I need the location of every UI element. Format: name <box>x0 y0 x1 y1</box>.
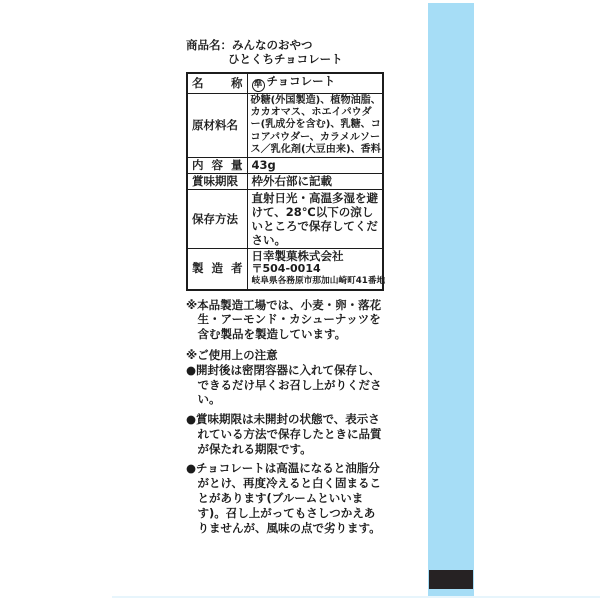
row-value-contents: 43g <box>247 158 383 174</box>
registration-black-mark <box>429 570 473 589</box>
row-label-contents: 内容量 <box>187 158 247 174</box>
package-bottom-edge-line <box>112 596 600 598</box>
label-content-area: 商品名：みんなのおやつ ひとくちチョコレート 名称 準チョコレート 原材料名 砂… <box>186 38 384 535</box>
row-value-expiry: 枠外右部に記載 <box>247 174 383 190</box>
row-label-maker-text: 製造者 <box>192 262 243 275</box>
table-row-maker: 製造者 日幸製菓株式会社 〒504-0014 岐阜県各務原市那加山崎町41番地 <box>187 249 383 290</box>
name-value-text: チョコレート <box>267 74 336 88</box>
row-value-ingredients: 砂糖(外国製造)、植物油脂、カカオマス、ホエイパウダー(乳成分を含む)、乳糖、コ… <box>247 94 383 158</box>
row-value-storage: 直射日光・高温多湿を避けて、28℃以下の涼しいところで保存してください。 <box>247 190 383 249</box>
table-row-name: 名称 準チョコレート <box>187 73 383 94</box>
allergen-note: ※本品製造工場では、小麦・卵・落花生・アーモンド・カシューナッツを含む製品を製造… <box>186 298 384 342</box>
row-value-maker: 日幸製菓株式会社 〒504-0014 岐阜県各務原市那加山崎町41番地 <box>247 249 383 290</box>
notes-section: ※本品製造工場では、小麦・卵・落花生・アーモンド・カシューナッツを含む製品を製造… <box>186 298 384 536</box>
expiry-meaning-bullet: ●賞味期限は未開封の状態で、表示されている方法で保存したときに品質が保たれる期限… <box>186 412 384 456</box>
row-label-name-text: 名称 <box>192 77 243 90</box>
package-edge-stripe <box>428 3 474 597</box>
row-label-maker: 製造者 <box>187 249 247 290</box>
maker-postal-code: 〒504-0014 <box>252 263 382 276</box>
opened-storage-bullet: ●開封後は密閉容器に入れて保存し、できるだけ早くお召し上がりください。 <box>186 363 384 407</box>
product-label-page: { "colors": { "stripe_blue": "#a6ddf6", … <box>0 0 600 600</box>
row-label-contents-text: 内容量 <box>192 159 243 172</box>
maker-address: 岐阜県各務原市那加山崎町41番地 <box>252 275 382 288</box>
row-label-expiry: 賞味期限 <box>187 174 247 190</box>
quasi-chocolate-mark-icon: 準 <box>252 79 265 92</box>
row-label-storage: 保存方法 <box>187 190 247 249</box>
product-name-line2: ひとくちチョコレート <box>186 52 384 66</box>
table-row-contents: 内容量 43g <box>187 158 383 174</box>
table-row-expiry: 賞味期限 枠外右部に記載 <box>187 174 383 190</box>
product-name-header: 商品名：みんなのおやつ ひとくちチョコレート <box>186 38 384 66</box>
bloom-warning-bullet: ●チョコレートは高温になると油脂分がとけ、再度冷えると白く固まることがあります(… <box>186 461 384 535</box>
table-row-storage: 保存方法 直射日光・高温多湿を避けて、28℃以下の涼しいところで保存してください… <box>187 190 383 249</box>
maker-company: 日幸製菓株式会社 <box>252 249 344 263</box>
usage-note-title: ※ご使用上の注意 <box>186 348 384 363</box>
product-name-line1: 商品名：みんなのおやつ <box>186 38 384 52</box>
row-value-name: 準チョコレート <box>247 73 383 94</box>
product-info-table: 名称 準チョコレート 原材料名 砂糖(外国製造)、植物油脂、カカオマス、ホエイパ… <box>186 72 384 291</box>
table-row-ingredients: 原材料名 砂糖(外国製造)、植物油脂、カカオマス、ホエイパウダー(乳成分を含む)… <box>187 94 383 158</box>
row-label-ingredients: 原材料名 <box>187 94 247 158</box>
row-label-name: 名称 <box>187 73 247 94</box>
